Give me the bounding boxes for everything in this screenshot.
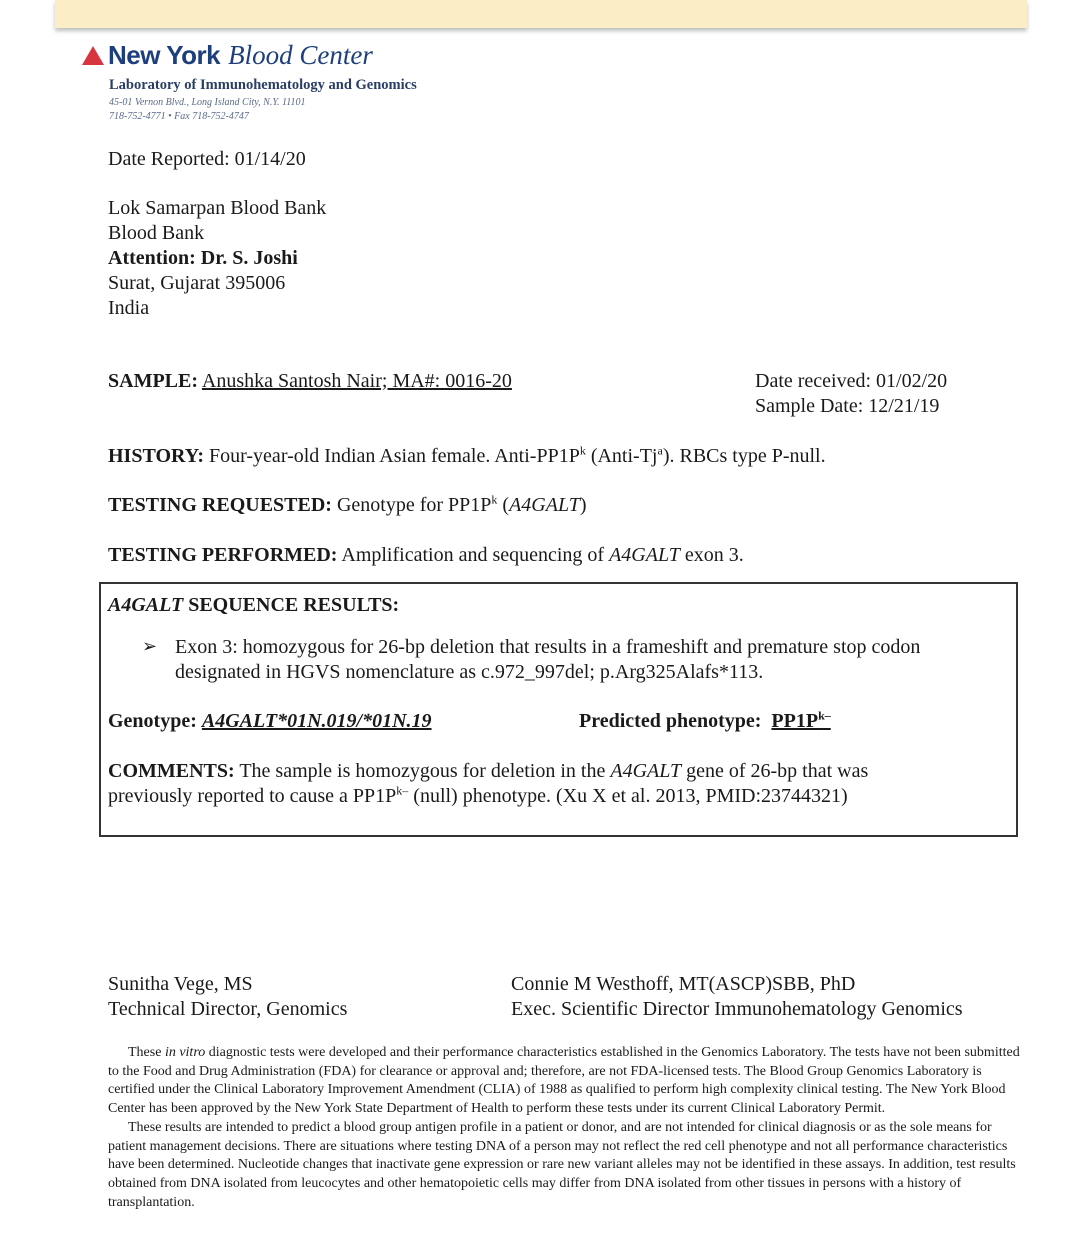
gene-name: A4GALT <box>108 594 183 616</box>
testing-performed-text: exon 3. <box>685 544 744 566</box>
comments-text: previously reported to cause a PP1P <box>108 785 396 807</box>
testing-requested-label: TESTING REQUESTED: <box>108 494 332 516</box>
signature-2: Connie M Westhoff, MT(ASCP)SBB, PhD Exec… <box>511 972 963 1022</box>
result-bullet: Exon 3: homozygous for 26-bp deletion th… <box>175 635 920 685</box>
comments-label: COMMENTS: <box>108 760 235 782</box>
testing-requested-text: Genotype for PP1P <box>337 494 491 516</box>
phenotype-line: Predicted phenotype: PP1Pk– <box>579 709 831 734</box>
comments-text: (null) phenotype. (Xu X et al. 2013, PMI… <box>408 785 847 807</box>
results-title: A4GALT SEQUENCE RESULTS: <box>108 593 399 618</box>
history-text: ). RBCs type P-null. <box>663 445 826 467</box>
recipient-block: Lok Samarpan Blood Bank Blood Bank Atten… <box>108 196 326 321</box>
signatory-name: Connie M Westhoff, MT(ASCP)SBB, PhD <box>511 972 963 997</box>
comments: COMMENTS: The sample is homozygous for d… <box>108 759 868 809</box>
recipient-name: Lok Samarpan Blood Bank <box>108 196 326 221</box>
phenotype-text: PP1P <box>771 710 818 732</box>
phenotype-value: PP1Pk– <box>771 710 830 732</box>
logo: New York Blood Center <box>82 40 373 71</box>
testing-performed-label: TESTING PERFORMED: <box>108 544 337 566</box>
phenotype-label: Predicted phenotype: <box>579 710 761 732</box>
result-line: Exon 3: homozygous for 26-bp deletion th… <box>175 635 920 660</box>
date-reported-value: 01/14/20 <box>235 148 306 170</box>
recipient-country: India <box>108 296 326 321</box>
top-banner <box>55 0 1027 28</box>
disclaimer-italic: in vitro <box>165 1045 205 1060</box>
disclaimer-text: These <box>128 1045 165 1060</box>
history-label: HISTORY: <box>108 445 204 467</box>
logo-bold-text: New York <box>108 40 220 71</box>
lab-address: 45-01 Vernon Blvd., Long Island City, N.… <box>109 96 306 124</box>
genotype-value: A4GALT*01N.019/*01N.19 <box>202 710 432 732</box>
history-text: (Anti-Tj <box>586 445 658 467</box>
testing-performed-text: Amplification and sequencing of <box>341 544 604 566</box>
comments-text: gene of 26-bp that was <box>686 760 868 782</box>
sample-label: SAMPLE: <box>108 370 198 392</box>
disclaimer-paragraph-1: These in vitro diagnostic tests were dev… <box>108 1044 1028 1119</box>
sample-value: Anushka Santosh Nair; MA#: 0016-20 <box>202 370 512 392</box>
gene-name: A4GALT <box>609 544 680 566</box>
sample-dates: Date received: 01/02/20 Sample Date: 12/… <box>755 369 947 419</box>
recipient-city: Surat, Gujarat 395006 <box>108 271 326 296</box>
testing-requested-sup: k <box>491 492 497 506</box>
gene-name: A4GALT <box>509 494 580 516</box>
signatory-title: Exec. Scientific Director Immunohematolo… <box>511 997 963 1022</box>
testing-requested-line: TESTING REQUESTED: Genotype for PP1Pk (A… <box>108 493 587 518</box>
genotype-line: Genotype: A4GALT*01N.019/*01N.19 <box>108 709 432 734</box>
testing-performed-line: TESTING PERFORMED: Amplification and seq… <box>108 543 744 568</box>
recipient-dept: Blood Bank <box>108 221 326 246</box>
genotype-label: Genotype: <box>108 710 197 732</box>
signature-1: Sunitha Vege, MS Technical Director, Gen… <box>108 972 347 1022</box>
recipient-attention: Attention: Dr. S. Joshi <box>108 246 326 271</box>
date-reported: Date Reported: 01/14/20 <box>108 147 306 172</box>
phone-line: 718-752-4771 • Fax 718-752-4747 <box>109 110 306 124</box>
address-line: 45-01 Vernon Blvd., Long Island City, N.… <box>109 96 306 110</box>
results-title-text: SEQUENCE RESULTS: <box>188 594 399 616</box>
laboratory-name: Laboratory of Immunohematology and Genom… <box>109 77 417 94</box>
signatory-name: Sunitha Vege, MS <box>108 972 347 997</box>
blood-drop-triangle-icon <box>82 46 104 65</box>
phenotype-sup: k– <box>818 708 831 722</box>
sample-line: SAMPLE: Anushka Santosh Nair; MA#: 0016-… <box>108 369 512 394</box>
date-reported-label: Date Reported: <box>108 148 230 170</box>
result-line: designated in HGVS nomenclature as c.972… <box>175 660 920 685</box>
sample-date: Sample Date: 12/21/19 <box>755 394 947 419</box>
date-received: Date received: 01/02/20 <box>755 369 947 394</box>
bullet-arrow-icon: ➢ <box>142 636 157 657</box>
logo-italic-text: Blood Center <box>228 40 373 71</box>
gene-name: A4GALT <box>610 760 681 782</box>
comments-sup: k– <box>396 783 408 797</box>
comments-text: The sample is homozygous for deletion in… <box>239 760 605 782</box>
signatory-title: Technical Director, Genomics <box>108 997 347 1022</box>
history-line: HISTORY: Four-year-old Indian Asian fema… <box>108 444 826 469</box>
disclaimer: These in vitro diagnostic tests were dev… <box>108 1044 1028 1212</box>
disclaimer-text: diagnostic tests were developed and thei… <box>108 1045 1020 1116</box>
disclaimer-paragraph-2: These results are intended to predict a … <box>108 1119 1028 1213</box>
history-text: Four-year-old Indian Asian female. Anti-… <box>209 445 580 467</box>
